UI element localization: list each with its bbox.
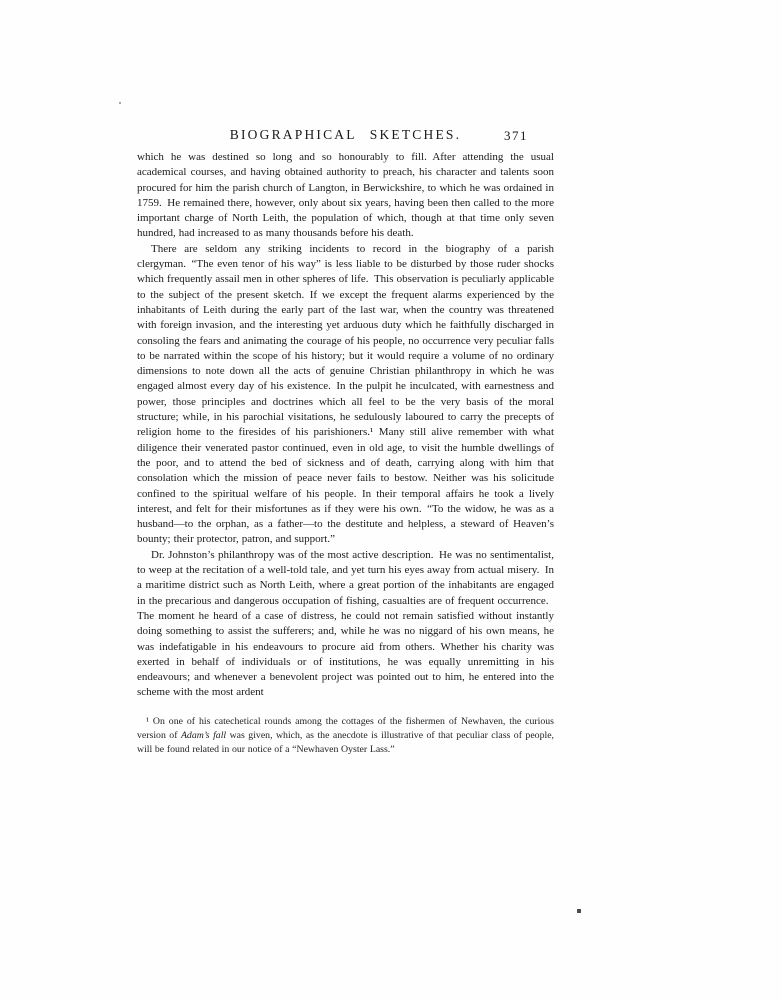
header-title: BIOGRAPHICAL SKETCHES.	[137, 127, 554, 143]
paragraph: There are seldom any striking incidents …	[137, 242, 554, 548]
paragraph-continuation: which he was destined so long and so hon…	[137, 150, 554, 242]
scan-speck-bottom	[577, 909, 581, 913]
book-page: BIOGRAPHICAL SKETCHES. 371 which he was …	[0, 0, 782, 1000]
running-header: BIOGRAPHICAL SKETCHES. 371	[137, 127, 554, 145]
body-text: which he was destined so long and so hon…	[137, 150, 554, 757]
page-number: 371	[504, 128, 528, 144]
footnote: ¹ On one of his catechetical rounds amon…	[137, 715, 554, 757]
paragraph: Dr. Johnston’s philanthropy was of the m…	[137, 548, 554, 701]
footnote-italic-phrase: Adam’s fall	[181, 730, 226, 741]
scan-speck-top	[119, 102, 121, 104]
